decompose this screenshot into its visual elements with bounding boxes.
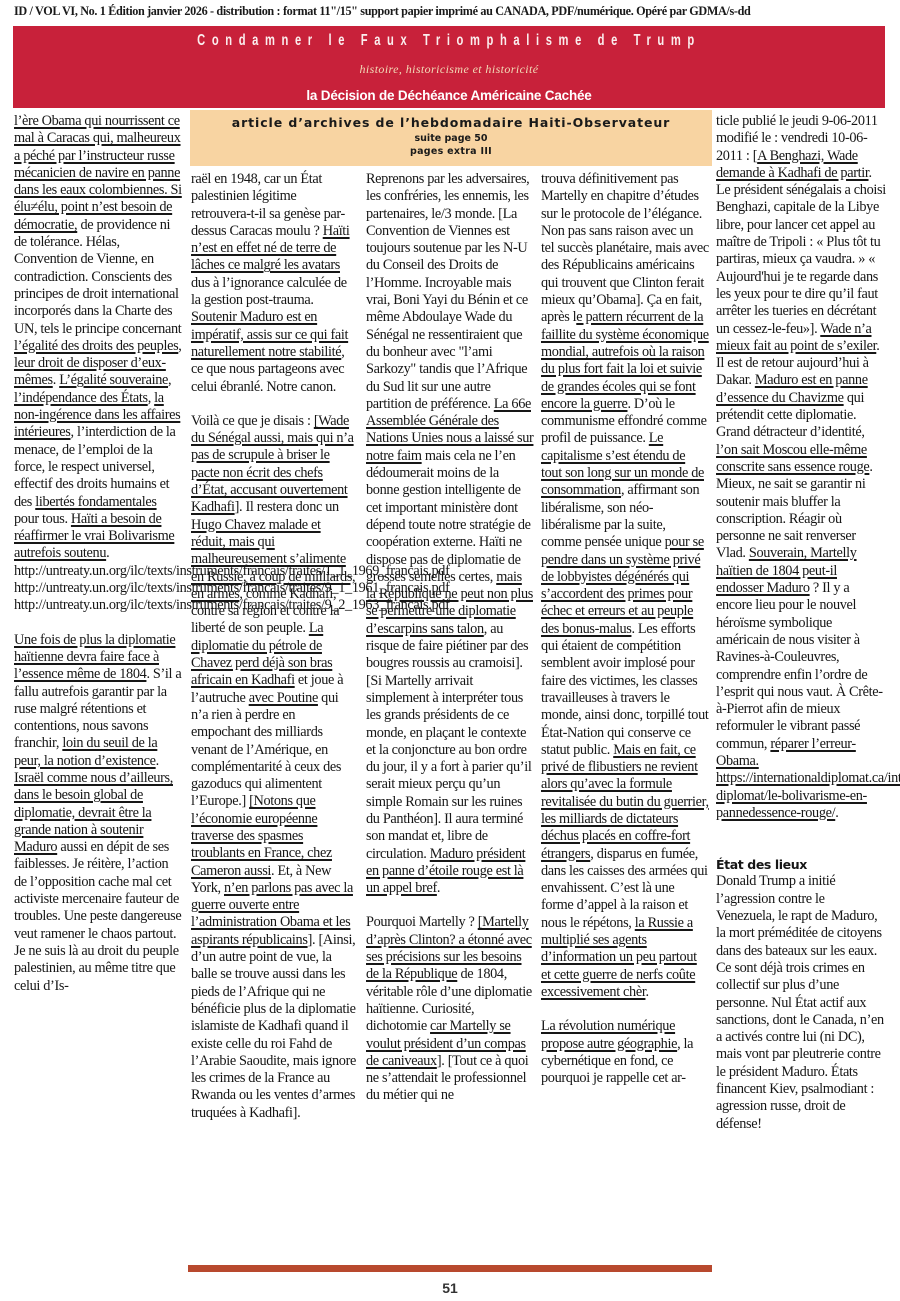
body-text: ]. Il restera donc un <box>235 499 339 515</box>
section-text-etat-des-lieux: Donald Trump a initié l’agression contre… <box>716 873 886 1132</box>
article-column-1: l’ère Obama qui nourrissent ce mal à Car… <box>14 113 184 995</box>
body-text: . Le président sénégalais a choisi Bengh… <box>716 165 886 337</box>
section-heading-etat-des-lieux: État des lieux <box>716 856 886 873</box>
emphasized-text: l’égalité des droits des peuples <box>14 338 178 354</box>
archive-source: article d’archives de l’hebdomadaire Hai… <box>190 115 712 130</box>
body-text: Voilà ce que je disais : <box>191 413 314 429</box>
body-text: aussi en dépit de ses faiblesses. Je réi… <box>14 839 181 993</box>
article-column-4: trouva définitivement pas Martelly en ch… <box>541 171 709 1087</box>
edition-line: ID / VOL VI, No. 1 Édition janvier 2026 … <box>14 4 894 19</box>
emphasized-text: Mais en fait, ce privé de flibustiers ne… <box>541 742 709 862</box>
bottom-rule <box>188 1265 712 1272</box>
body-text: ? Il y a encore lieu pour le nouvel héro… <box>716 580 883 752</box>
body-text: . Les efforts qui étaient de compétition… <box>541 621 708 758</box>
body-text: , <box>178 338 181 354</box>
article-paragraph: Une fois de plus la diplomatie haïtienne… <box>14 632 184 995</box>
continued-from: suite page 50 <box>190 133 712 144</box>
banner-subtitle: histoire, historicisme et historicité <box>13 62 885 77</box>
emphasized-text: avec Poutine <box>249 690 318 706</box>
emphasized-text: l’indépendance des États <box>14 390 148 406</box>
emphasized-text: libertés fondamentales <box>35 494 156 510</box>
article-paragraph: Reprenons par les adversaires, les confr… <box>366 171 534 897</box>
article-column-3: Reprenons par les adversaires, les confr… <box>366 171 534 1105</box>
body-text: trouva définitivement pas Martelly en ch… <box>541 171 709 325</box>
body-text: qui n’a rien à perdre en empochant des m… <box>191 690 341 810</box>
article-column-2: raël en 1948, car un État palestinien lé… <box>191 171 357 1122</box>
article-paragraph: raël en 1948, car un État palestinien lé… <box>191 171 357 396</box>
article-paragraph: La révolution numérique propose autre gé… <box>541 1018 709 1087</box>
body-text: . <box>156 753 159 769</box>
article-paragraph: Pourquoi Martelly ? [Martelly d’après Cl… <box>366 914 534 1104</box>
article-column-5: ticle publié le jeudi 9-06-2011 modifié … <box>716 113 886 1133</box>
banner-section-title: la Décision de Déchéance Américaine Cach… <box>13 88 885 103</box>
body-text: . <box>835 805 838 821</box>
body-text: mais cela ne l’en dédoumerait moins de l… <box>366 448 531 585</box>
article-paragraph: ticle publié le jeudi 9-06-2011 modifié … <box>716 113 886 822</box>
emphasized-text: Soutenir Maduro est en impératif, assis … <box>191 309 348 360</box>
emphasized-text: l’on sait Moscou elle-même conscrite san… <box>716 442 869 475</box>
body-text: ]. [Ainsi, d’un autre point de vue, la b… <box>191 932 356 1121</box>
body-text: , <box>168 372 171 388</box>
body-text: pour tous. <box>14 511 71 527</box>
article-paragraph: trouva définitivement pas Martelly en ch… <box>541 171 709 1001</box>
body-text: . <box>645 984 648 1000</box>
article-paragraph: Voilà ce que je disais : [Wade du Sénéga… <box>191 413 357 1122</box>
emphasized-text: l’ère Obama qui nourrissent ce mal à Car… <box>14 113 182 233</box>
archive-notice-box: article d’archives de l’hebdomadaire Hai… <box>190 110 712 166</box>
body-text: . <box>437 880 440 896</box>
column-5-body: ticle publié le jeudi 9-06-2011 modifié … <box>716 113 886 822</box>
extra-pages: pages extra III <box>190 146 712 157</box>
emphasized-text: La révolution numérique propose autre gé… <box>541 1018 677 1051</box>
body-text: , au risque de faire piétiner par des bo… <box>366 621 531 862</box>
banner-title: Condamner le Faux Triomphalisme de Trump <box>135 32 763 50</box>
body-text: Pourquoi Martelly ? <box>366 914 478 930</box>
title-banner: Condamner le Faux Triomphalisme de Trump… <box>13 26 885 108</box>
body-text: Reprenons par les adversaires, les confr… <box>366 171 529 412</box>
body-text: dus à l’ignorance calculée de la gestion… <box>191 275 347 308</box>
article-paragraph: l’ère Obama qui nourrissent ce mal à Car… <box>14 113 184 615</box>
emphasized-text: L’égalité souveraine <box>59 372 168 388</box>
body-text: de providence ni de tolérance. Hélas, Co… <box>14 217 181 337</box>
page-number: 51 <box>0 1280 900 1296</box>
